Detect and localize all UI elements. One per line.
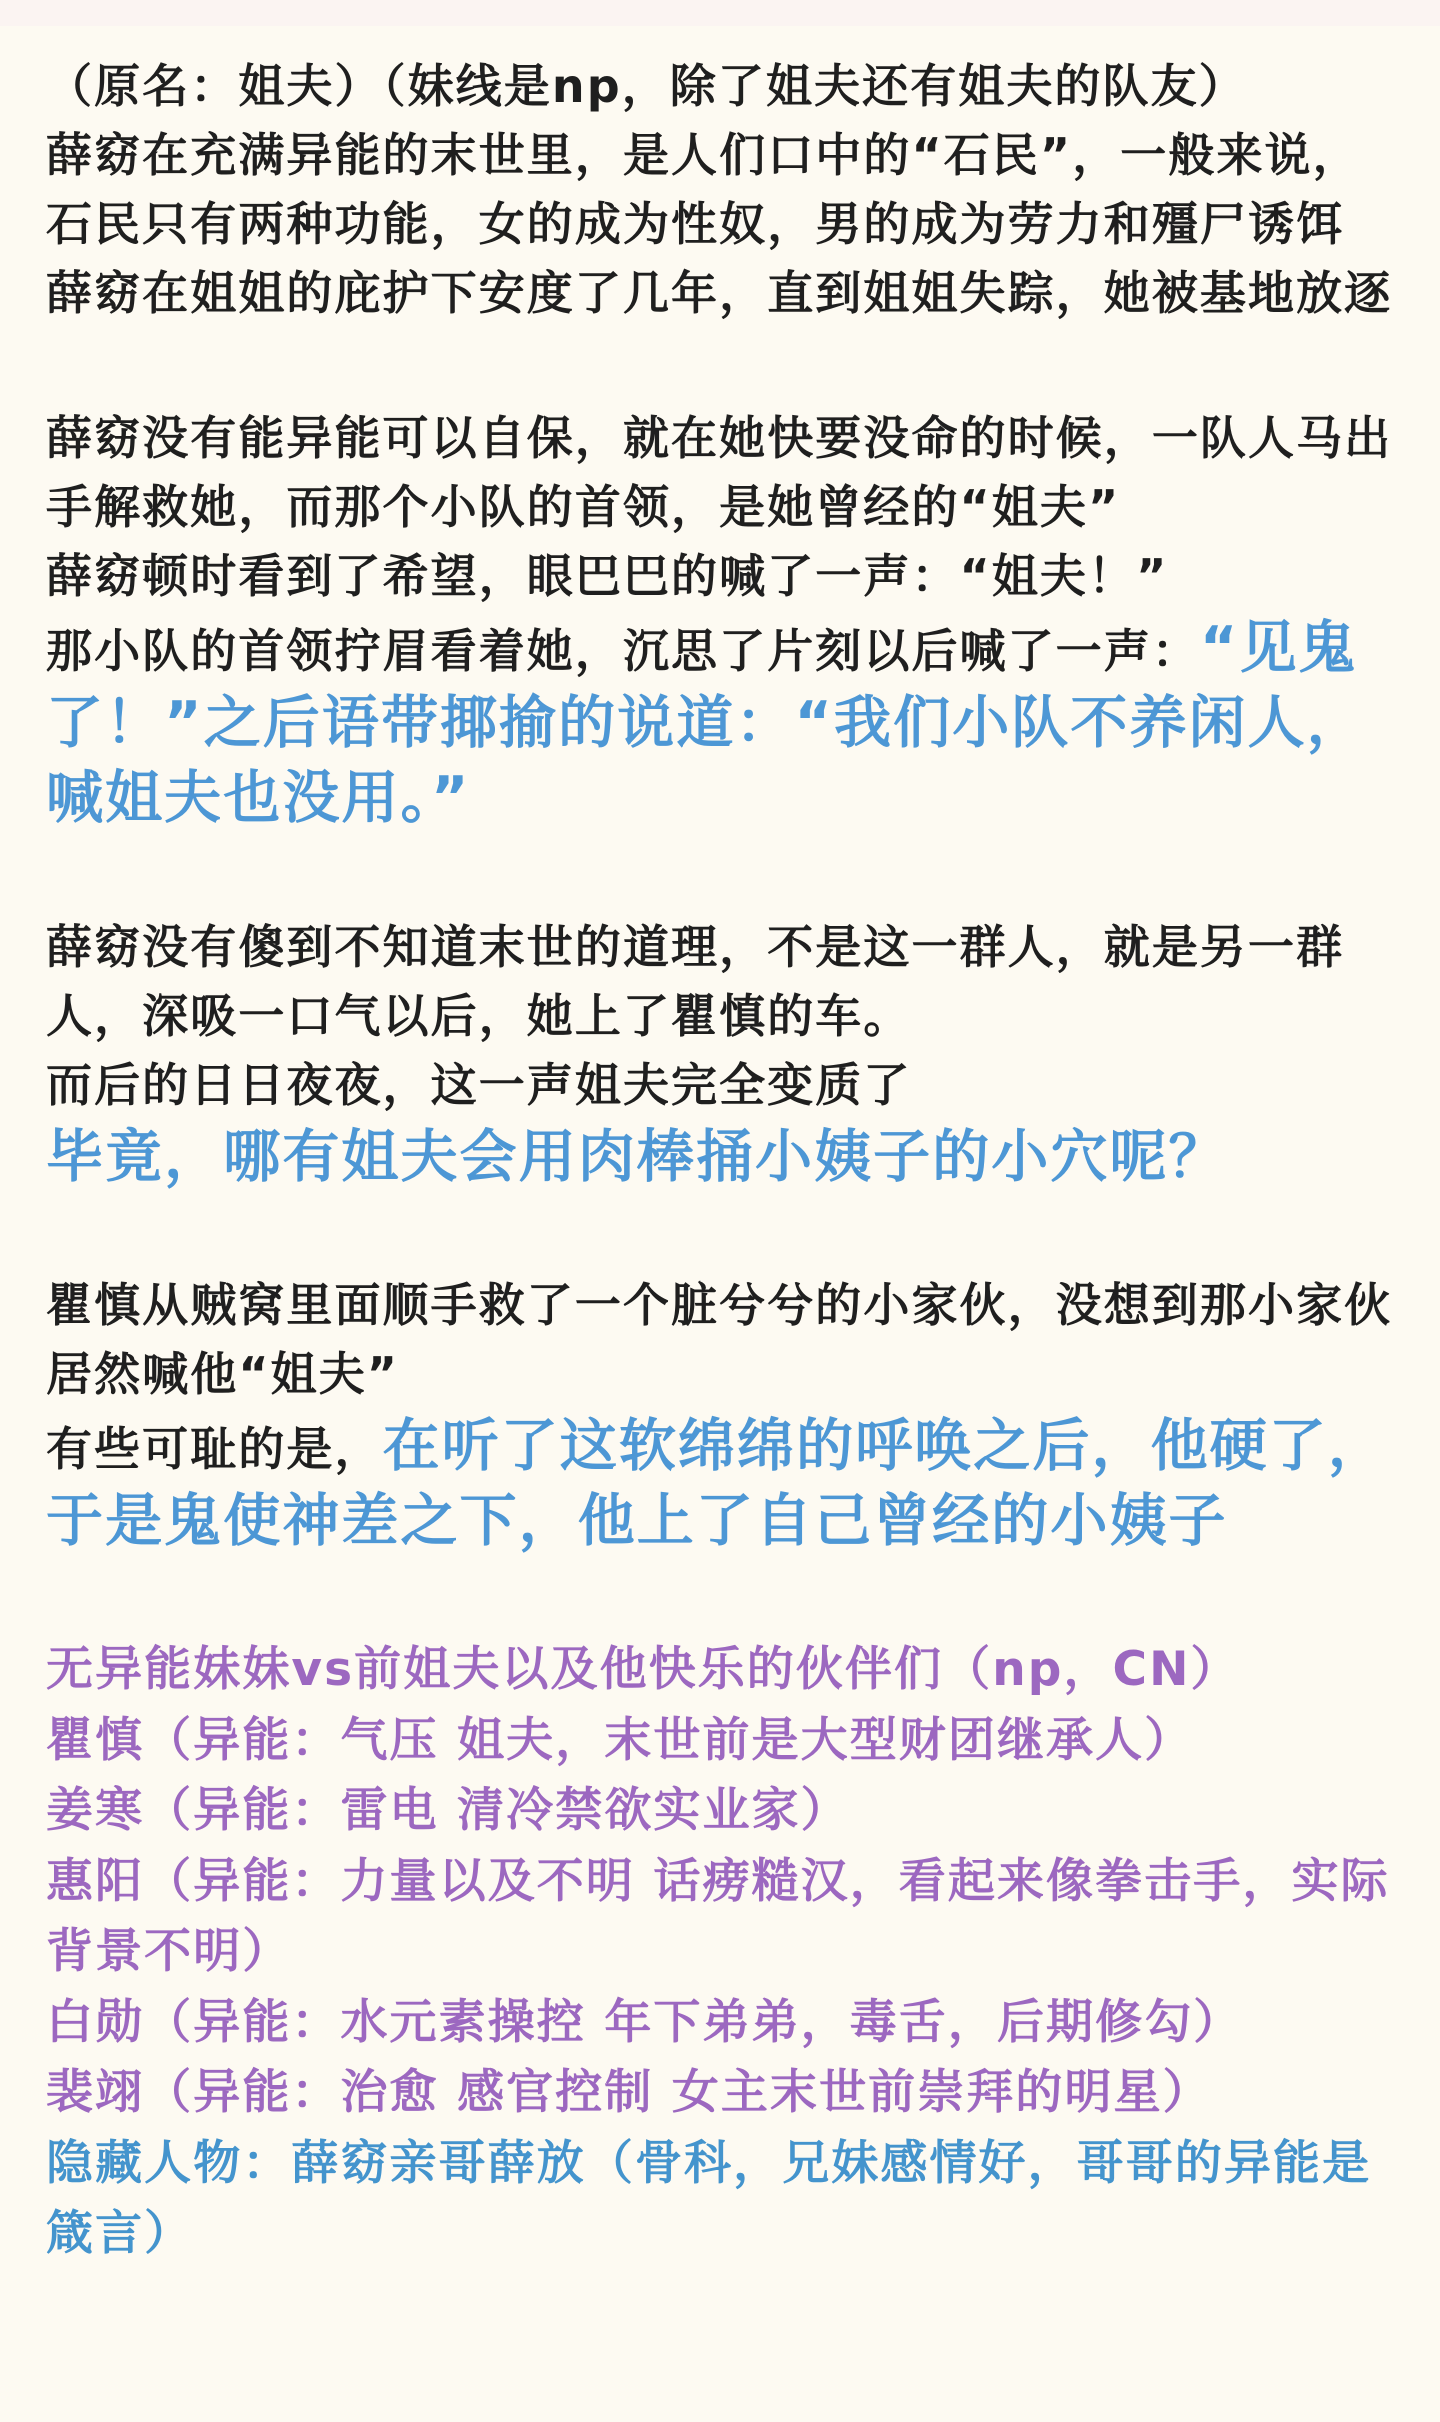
text-segment: 薛窈顿时看到了希望，眼巴巴的喊了一声：“姐夫！” <box>46 549 1168 603</box>
text-segment: 薛窈没有傻到不知道末世的道理，不是这一群人，就是另一群人，深吸一口气以后，她上了… <box>46 920 1344 1043</box>
text-segment: 瞿慎从贼窝里面顺手救了一个脏兮兮的小家伙，没想到那小家伙居然喊他“姐夫” <box>46 1278 1392 1401</box>
document-page: （原名：姐夫）（妹线是np，除了姐夫还有姐夫的队友）薛窈在充满异能的末世里，是人… <box>0 0 1440 2330</box>
text-segment: 瞿慎（异能：气压 姐夫，末世前是大型财团继承人） <box>46 1713 1193 1768</box>
paragraph: 薛窈没有能异能可以自保，就在她快要没命的时候，一队人马出手解救她，而那个小队的首… <box>46 404 1396 542</box>
paragraph: 白勋（异能：水元素操控 年下弟弟，毒舌，后期修勾） <box>46 1988 1396 2059</box>
text-segment: 那小队的首领拧眉看着她，沉思了片刻以后喊了一声： <box>46 624 1200 678</box>
text-segment: （原名：姐夫）（妹线是np，除了姐夫还有姐夫的队友） <box>46 59 1247 113</box>
paragraph: 薛窈没有傻到不知道末世的道理，不是这一群人，就是另一群人，深吸一口气以后，她上了… <box>46 913 1396 1051</box>
paragraph: 瞿慎从贼窝里面顺手救了一个脏兮兮的小家伙，没想到那小家伙居然喊他“姐夫” <box>46 1271 1396 1409</box>
text-segment: 薛窈在充满异能的末世里，是人们口中的“石民”，一般来说，石民只有两种功能，女的成… <box>46 128 1361 251</box>
text-segment: 无异能妹妹vs前姐夫以及他快乐的伙伴们（np，CN） <box>46 1642 1240 1697</box>
text-segment: 毕竟，哪有姐夫会用肉棒捅小姨子的小穴呢？ <box>46 1124 1228 1190</box>
paragraph: 有些可耻的是，在听了这软绵绵的呼唤之后，他硬了，于是鬼使神差之下，他上了自己曾经… <box>46 1409 1396 1559</box>
page-top-strip <box>0 0 1440 26</box>
text-segment: 姜寒（异能：雷电 清冷禁欲实业家） <box>46 1783 850 1838</box>
paragraph: 薛窈顿时看到了希望，眼巴巴的喊了一声：“姐夫！” <box>46 542 1396 611</box>
paragraph: 薛窈在充满异能的末世里，是人们口中的“石民”，一般来说，石民只有两种功能，女的成… <box>46 121 1396 259</box>
paragraph: 无异能妹妹vs前姐夫以及他快乐的伙伴们（np，CN） <box>46 1635 1396 1706</box>
paragraph-list: （原名：姐夫）（妹线是np，除了姐夫还有姐夫的队友）薛窈在充满异能的末世里，是人… <box>46 52 1396 2270</box>
paragraph: （原名：姐夫）（妹线是np，除了姐夫还有姐夫的队友） <box>46 52 1396 121</box>
paragraph: 毕竟，哪有姐夫会用肉棒捅小姨子的小穴呢？ <box>46 1120 1396 1195</box>
text-segment: 白勋（异能：水元素操控 年下弟弟，毒舌，后期修勾） <box>46 1995 1242 2050</box>
paragraph: 姜寒（异能：雷电 清冷禁欲实业家） <box>46 1776 1396 1847</box>
paragraph: 而后的日日夜夜，这一声姐夫完全变质了 <box>46 1051 1396 1120</box>
paragraph: 裴翊（异能：治愈 感官控制 女主末世前崇拜的明星） <box>46 2058 1396 2129</box>
paragraph: 那小队的首领拧眉看着她，沉思了片刻以后喊了一声：“见鬼了！”之后语带揶揄的说道：… <box>46 611 1396 837</box>
text-segment: 裴翊（异能：治愈 感官控制 女主末世前崇拜的明星） <box>46 2065 1212 2120</box>
paragraph: 薛窈在姐姐的庇护下安度了几年，直到姐姐失踪，她被基地放逐 <box>46 259 1396 328</box>
text-segment: 隐藏人物：薛窈亲哥薛放（骨科，兄妹感情好，哥哥的异能是箴言） <box>46 2136 1371 2262</box>
paragraph: 隐藏人物：薛窈亲哥薛放（骨科，兄妹感情好，哥哥的异能是箴言） <box>46 2129 1396 2270</box>
paragraph: 惠阳（异能：力量以及不明 话痨糙汉，看起来像拳击手，实际背景不明） <box>46 1847 1396 1988</box>
text-segment: 有些可耻的是， <box>46 1422 383 1476</box>
text-segment: 惠阳（异能：力量以及不明 话痨糙汉，看起来像拳击手，实际背景不明） <box>46 1854 1390 1980</box>
text-segment: 而后的日日夜夜，这一声姐夫完全变质了 <box>46 1058 911 1112</box>
text-segment: 薛窈在姐姐的庇护下安度了几年，直到姐姐失踪，她被基地放逐 <box>46 266 1392 320</box>
paragraph: 瞿慎（异能：气压 姐夫，末世前是大型财团继承人） <box>46 1706 1396 1777</box>
text-segment: 薛窈没有能异能可以自保，就在她快要没命的时候，一队人马出手解救她，而那个小队的首… <box>46 411 1392 534</box>
